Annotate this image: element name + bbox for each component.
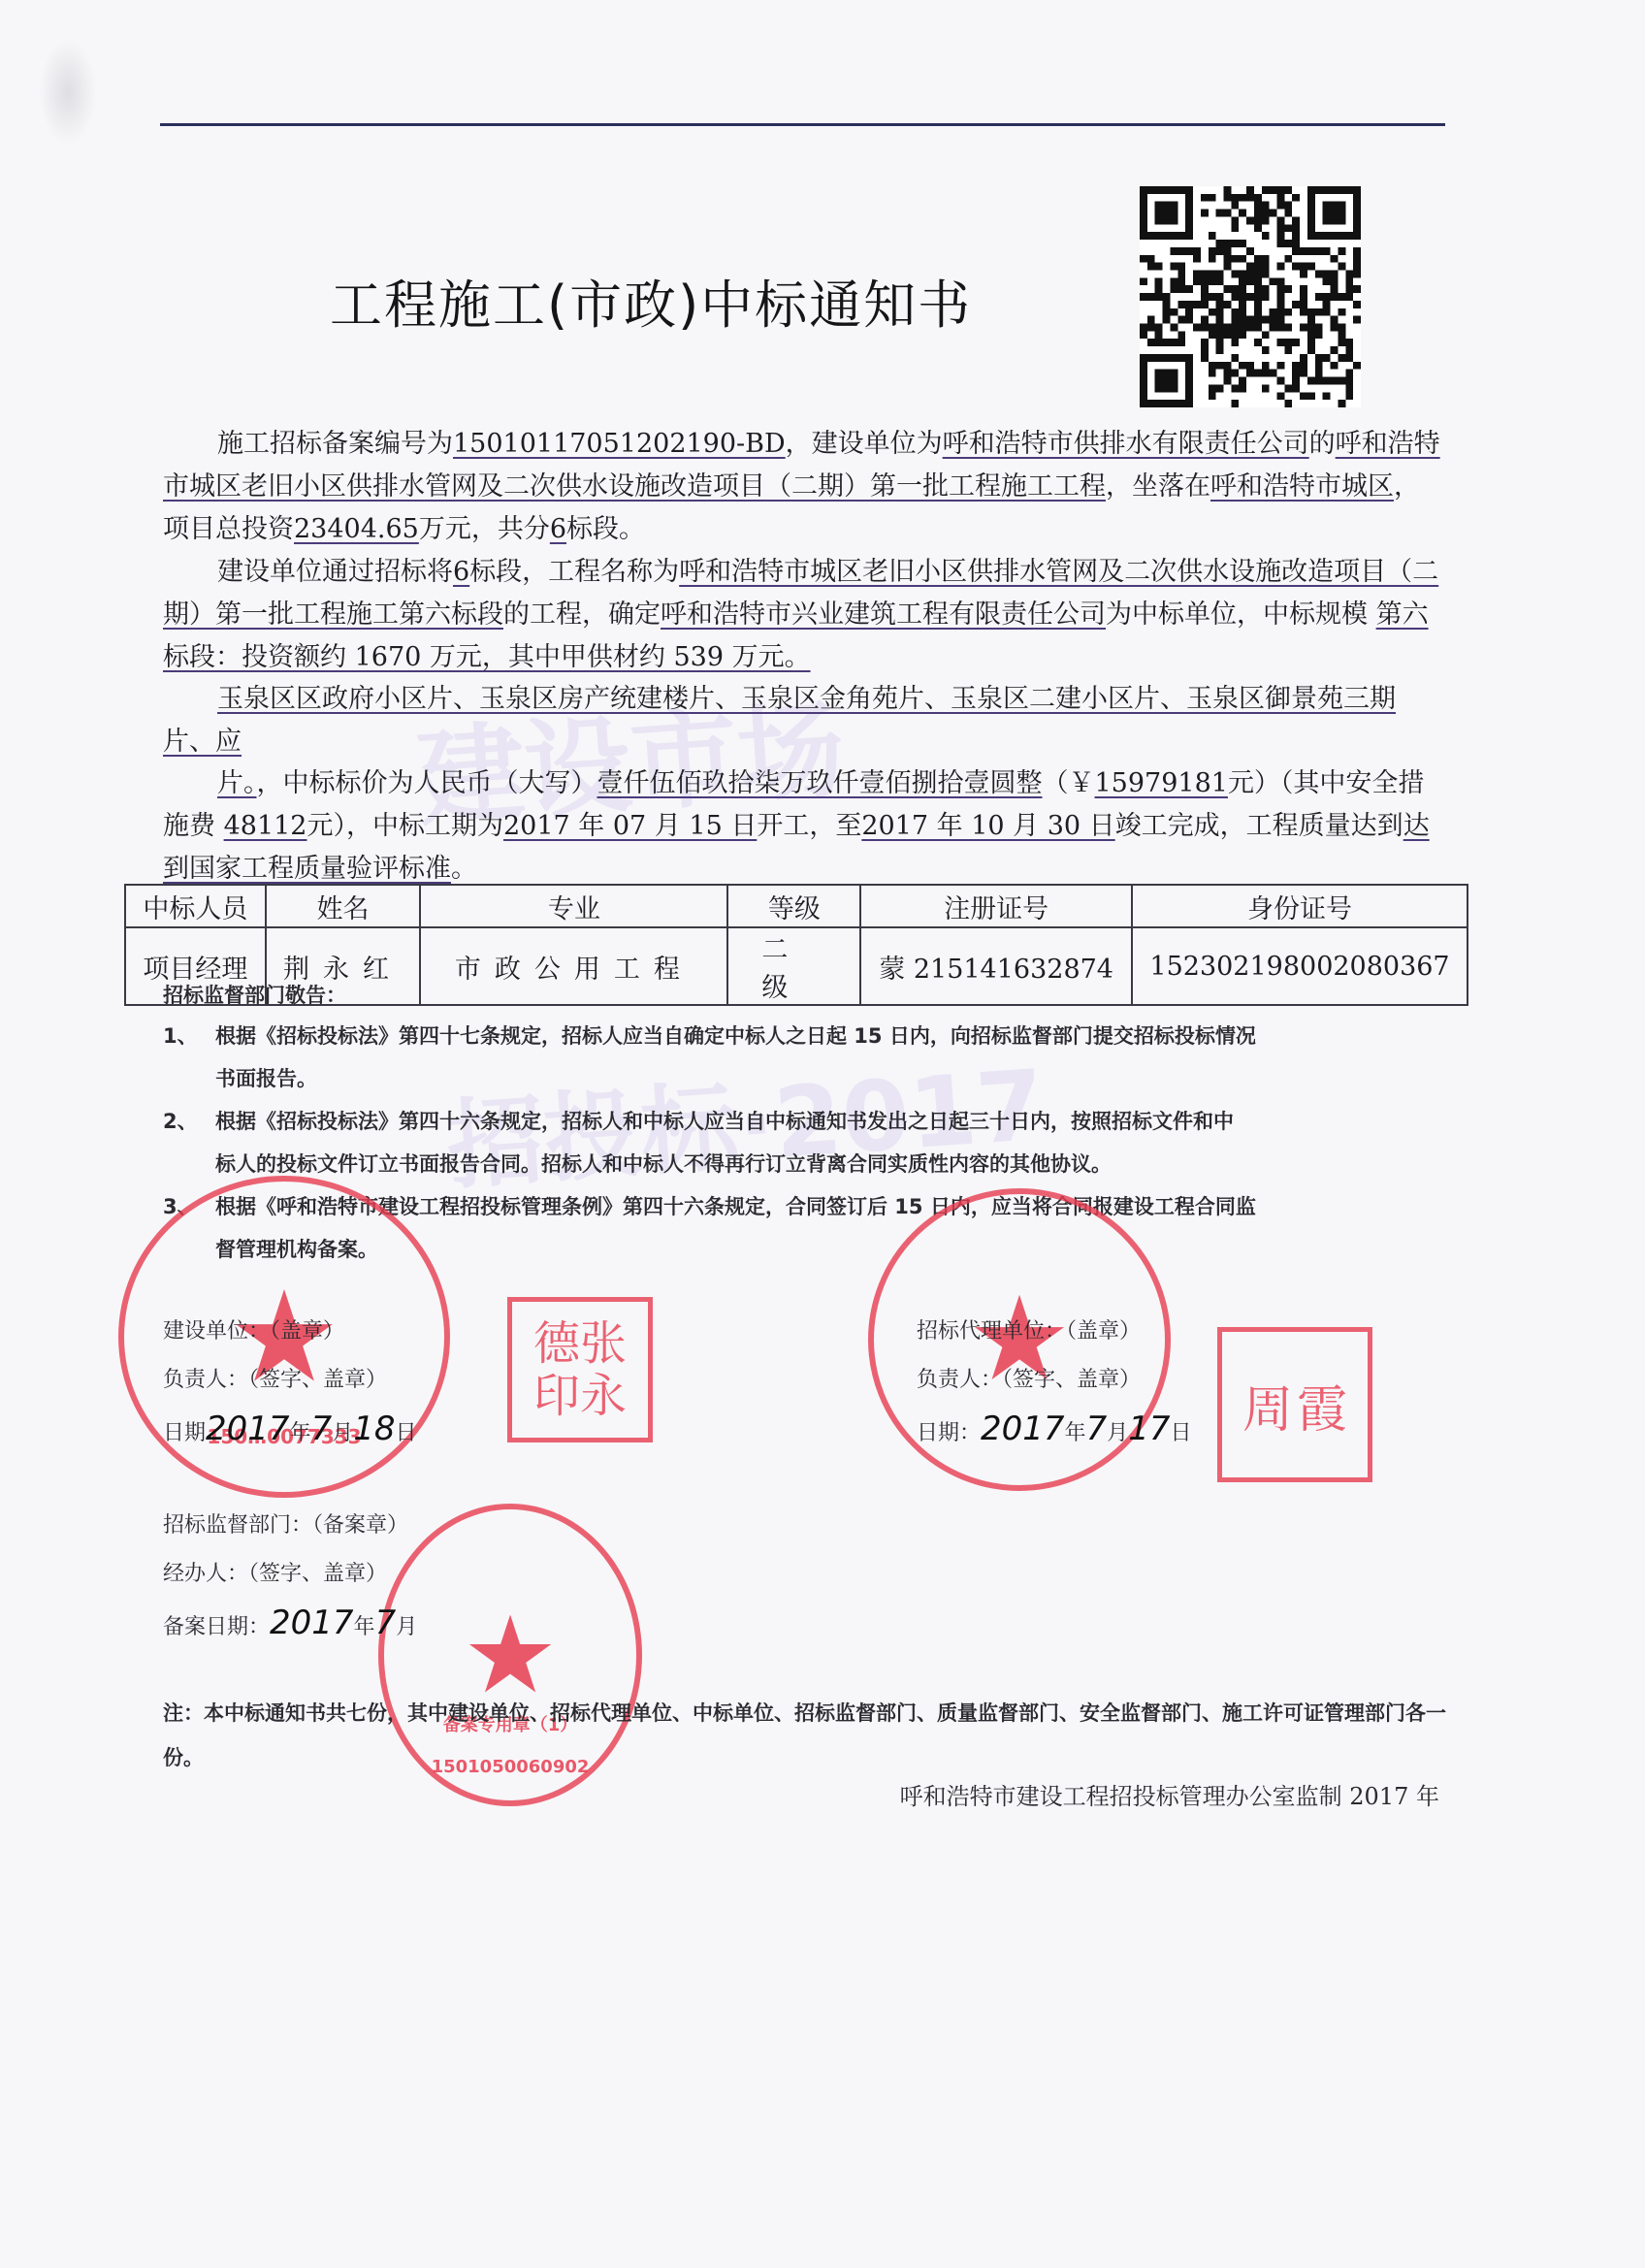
section-count: 6	[550, 514, 566, 544]
unit: 年	[290, 1421, 311, 1445]
notice-heading: 招标监督部门敬告：	[163, 980, 346, 1009]
price-in-words: 壹仟伍佰玖拾柒万玖仟壹佰捌拾壹圆整	[597, 768, 1043, 798]
table-header-row: 中标人员 姓名 专业 等级 注册证号 身份证号	[125, 885, 1468, 927]
text: 开工，至	[757, 811, 861, 841]
text: ，坐落在	[1106, 471, 1210, 502]
handwritten-year: 2017	[206, 1409, 290, 1448]
text: 万元，共分	[419, 514, 550, 544]
owner-date: 日期2017年7月18日	[163, 1405, 417, 1458]
notice-text: 根据《招标投标法》第四十七条规定，招标人应当自确定中标人之日起 15 日内，向招…	[215, 1024, 1256, 1048]
owner-unit: 呼和浩特市供排水有限责任公司	[943, 429, 1309, 459]
text: （￥	[1043, 768, 1095, 798]
text: 元），中标工期为	[307, 811, 504, 841]
owner-personal-seal: 张 德 永 印	[507, 1297, 653, 1442]
column-header: 中标人员	[125, 885, 266, 927]
handwritten-year: 2017	[270, 1604, 354, 1642]
unit: 日	[1170, 1421, 1191, 1445]
text: 建设单位通过招标将	[217, 557, 453, 587]
header-rule	[160, 123, 1445, 126]
seal-char: 德	[533, 1317, 580, 1370]
handwritten-day: 18	[353, 1409, 395, 1448]
paragraph-award-info: 建设单位通过招标将6标段，工程名称为呼和浩特市城区老旧小区供排水管网及二次供水设…	[163, 551, 1445, 679]
scan-smudge	[39, 39, 97, 146]
agent-personal-seal: 周 霞	[1217, 1327, 1372, 1482]
seal-char: 霞	[1297, 1369, 1347, 1442]
start-date: 2017 年 07 月 15 日	[503, 811, 757, 841]
seal-char: 永	[580, 1370, 627, 1422]
unit: 月	[332, 1421, 353, 1445]
date-label: 备案日期：	[163, 1615, 270, 1639]
text: 的工程，确定	[503, 599, 661, 630]
safety-fee: 48112	[224, 811, 307, 841]
notice-number: 1、	[163, 1015, 215, 1057]
unit: 年	[1065, 1421, 1086, 1445]
handwritten-month: 7	[311, 1409, 333, 1448]
grade-cell: 二级	[727, 927, 860, 1005]
text: 的	[1309, 429, 1336, 459]
text: 标段。	[566, 514, 645, 544]
unit: 日	[395, 1421, 416, 1445]
column-header: 身份证号	[1132, 885, 1468, 927]
seal-char: 张	[580, 1317, 627, 1370]
column-header: 注册证号	[860, 885, 1132, 927]
paragraph-project-info: 施工招标备案编号为15010117051202190-BD，建设单位为呼和浩特市…	[163, 423, 1445, 551]
unit: 年	[354, 1615, 375, 1639]
registration-no-cell: 蒙 215141632874	[860, 927, 1132, 1005]
agent-unit-label: 招标代理单位：（盖章）	[917, 1308, 1192, 1356]
text: ，中标标价为人民币（大写）	[257, 768, 597, 798]
supervisor-signature-block: 招标监督部门：（备案章） 经办人：（签字、盖章） 备案日期：2017年7月	[163, 1502, 417, 1652]
date-label: 日期：	[917, 1421, 981, 1445]
owner-person-label: 负责人：（签字、盖章）	[163, 1356, 417, 1405]
notice-text: 根据《招标投标法》第四十六条规定，招标人和中标人应当自中标通知书发出之日起三十日…	[215, 1110, 1234, 1133]
owner-signature-block: 建设单位：（盖章） 负责人：（签字、盖章） 日期2017年7月18日	[163, 1308, 417, 1458]
supervisor-unit-label: 招标监督部门：（备案章）	[163, 1502, 417, 1550]
text: ，建设单位为	[786, 429, 943, 459]
text: 竣工完成，工程质量达到	[1115, 811, 1403, 841]
paragraph-scope: 玉泉区区政府小区片、玉泉区房产统建楼片、玉泉区金角苑片、玉泉区二建小区片、玉泉区…	[163, 678, 1445, 763]
total-investment: 23404.65	[294, 514, 419, 544]
end-date: 2017 年 10 月 30 日	[861, 811, 1114, 841]
supervisor-person-label: 经办人：（签字、盖章）	[163, 1550, 417, 1599]
column-header: 专业	[420, 885, 727, 927]
unit: 月	[1107, 1421, 1128, 1445]
id-number-cell: 152302198002080367	[1132, 927, 1468, 1005]
agent-signature-block: 招标代理单位：（盖章） 负责人：（签字、盖章） 日期：2017年7月17日	[917, 1308, 1192, 1458]
paragraph-price: 片。，中标标价为人民币（大写）壹仟伍佰玖拾柒万玖仟壹佰捌拾壹圆整（￥159791…	[163, 762, 1445, 891]
issuer-footer: 呼和浩特市建设工程招投标管理办公室监制 2017 年	[900, 1777, 1439, 1811]
seal-char: 印	[533, 1370, 580, 1422]
date-label: 日期	[163, 1421, 206, 1445]
text: 为中标单位，中标规模	[1106, 599, 1368, 630]
bid-award-notice-page: 建设市场 招投标·2017 工程施工(市政)中标通知书 施工招标备案编号为150…	[0, 0, 1645, 2268]
notice-item: 1、根据《招标投标法》第四十七条规定，招标人应当自确定中标人之日起 15 日内，…	[163, 1015, 1453, 1100]
handwritten-day: 17	[1128, 1409, 1170, 1448]
text: 标段，工程名称为	[469, 557, 679, 587]
handwritten-year: 2017	[981, 1409, 1065, 1448]
seal-char: 周	[1242, 1369, 1293, 1442]
column-header: 姓名	[266, 885, 421, 927]
notice-number: 2、	[163, 1100, 215, 1143]
filing-number: 15010117051202190-BD	[453, 429, 786, 459]
owner-unit-label: 建设单位：（盖章）	[163, 1308, 417, 1356]
project-location: 呼和浩特市城区	[1210, 471, 1394, 502]
footnote: 注：本中标通知书共七份，其中建设单位、招标代理单位、中标单位、招标监督部门、质量…	[163, 1691, 1453, 1780]
text: 施工招标备案编号为	[217, 429, 453, 459]
unit: 月	[396, 1615, 417, 1639]
specialty-cell: 市政公用工程	[420, 927, 727, 1005]
scope-end: 片。	[217, 768, 257, 798]
agent-person-label: 负责人：（签字、盖章）	[917, 1356, 1192, 1405]
winning-unit: 呼和浩特市兴业建筑工程有限责任公司	[661, 599, 1106, 630]
notice-item: 2、根据《招标投标法》第四十六条规定，招标人和中标人应当自中标通知书发出之日起三…	[163, 1100, 1453, 1185]
document-title: 工程施工(市政)中标通知书	[330, 264, 972, 339]
qr-code-icon	[1137, 186, 1364, 407]
section-count: 6	[453, 557, 469, 587]
notice-text: 标人的投标文件订立书面报告合同。招标人和中标人不得再行订立背离合同实质性内容的其…	[163, 1143, 1453, 1185]
handwritten-month: 7	[375, 1604, 397, 1642]
supervisor-date: 备案日期：2017年7月	[163, 1599, 417, 1652]
agent-date: 日期：2017年7月17日	[917, 1405, 1192, 1458]
text: 。	[451, 854, 477, 884]
handwritten-month: 7	[1086, 1409, 1108, 1448]
notice-text: 书面报告。	[163, 1057, 1453, 1100]
price-number: 15979181	[1095, 768, 1228, 798]
scope-areas: 玉泉区区政府小区片、玉泉区房产统建楼片、玉泉区金角苑片、玉泉区二建小区片、玉泉区…	[163, 684, 1396, 757]
column-header: 等级	[727, 885, 860, 927]
